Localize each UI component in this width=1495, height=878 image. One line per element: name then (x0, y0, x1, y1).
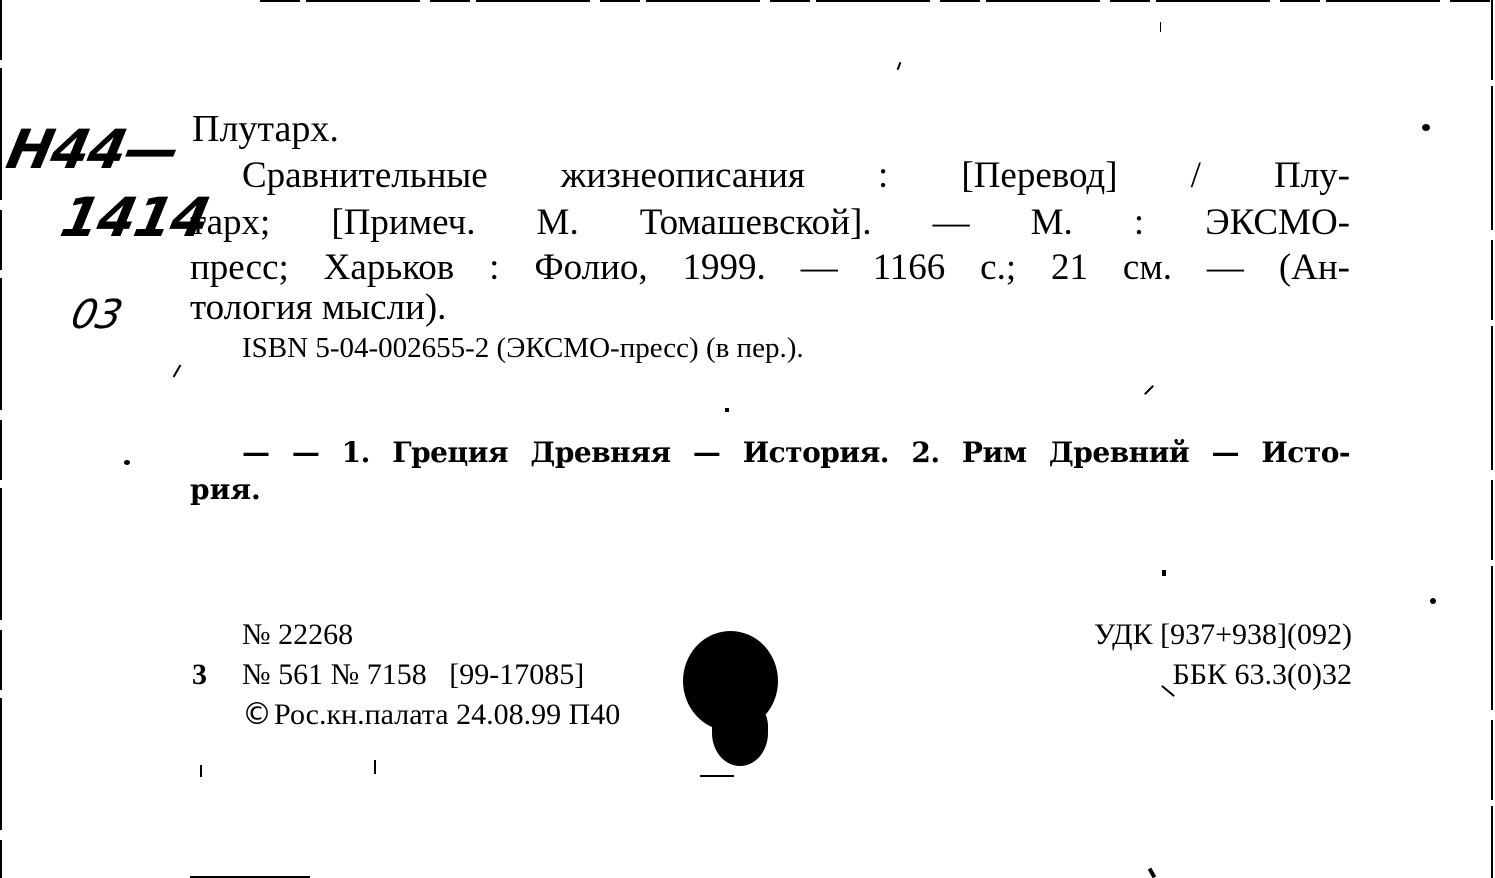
scan-speck (725, 408, 729, 412)
scan-speck (173, 364, 182, 377)
scan-speck (200, 765, 202, 777)
print-prefix: 3 (192, 655, 207, 695)
registration-numbers: № 561 № 7158 [99-17085] (242, 655, 584, 695)
scan-speck (700, 775, 734, 777)
copyright-line: ©Рос.кн.палата 24.08.99 П40 (242, 695, 620, 735)
scan-edge-top (260, 0, 1495, 2)
ink-blot-tail (712, 700, 768, 766)
copyright-icon: © (242, 697, 272, 732)
scan-edge-left (0, 0, 2, 878)
scan-edge-right (1491, 0, 1493, 878)
copyright-text: Рос.кн.палата 24.08.99 П40 (274, 698, 620, 731)
scan-speck (1160, 22, 1161, 32)
subject-headings-line2: рия. (190, 472, 261, 508)
bbk-classification: ББК 63.3(0)32 (1173, 655, 1352, 695)
isbn: ISBN 5-04-002655-2 (ЭКСМО-пресс) (в пер.… (242, 325, 804, 371)
scan-speck (124, 460, 130, 465)
scan-speck (1148, 868, 1156, 878)
card-number: № 22268 (242, 615, 353, 655)
title-line-1: Сравнительные жизнеописания : [Перевод] … (242, 153, 1350, 199)
catalog-card: Н44— 1414 03 Плутарх. Сравнительные жизн… (0, 0, 1495, 878)
scan-speck (1162, 570, 1166, 576)
handwritten-shelf-mark-line1: Н44— (1, 118, 185, 181)
udk-classification: УДК [937+938](092) (1094, 615, 1352, 655)
subject-headings-line1: — — 1. Греция Древняя — История. 2. Рим … (242, 435, 1350, 471)
scan-speck (1430, 598, 1436, 604)
title-line-2: тарх; [Примеч. М. Томашевской]. — М. : Э… (190, 200, 1350, 246)
scan-speck (374, 760, 376, 774)
scan-speck (1422, 124, 1430, 131)
scan-speck (1144, 385, 1154, 395)
author-heading: Плутарх. (192, 106, 339, 152)
scan-speck (897, 62, 902, 70)
handwritten-code: 03 (67, 292, 126, 338)
